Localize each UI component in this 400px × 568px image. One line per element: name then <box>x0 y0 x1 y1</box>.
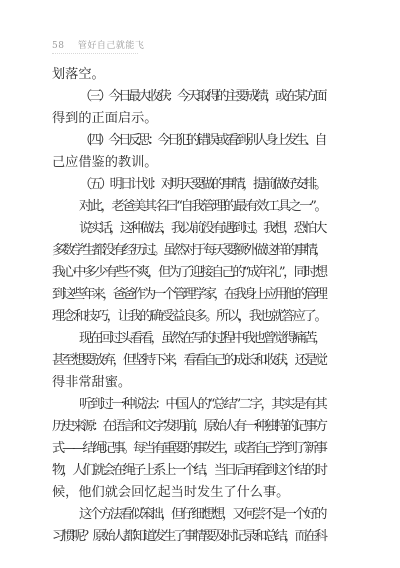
text-line: 己应借鉴的教训。 <box>52 152 328 174</box>
text-line: （三）今日最大收获：今天取得的主要成绩，或在某方面 <box>52 86 328 108</box>
text-line: 习惯呢？原始人都知道发生了事情要及时记录和总结，而在科 <box>52 526 328 548</box>
text-line: 甚至想要放弃，但坚持下来，看看自己的成长和收获，还是觉 <box>52 350 328 372</box>
text-line: 候，他们就会回忆起当时发生了什么事。 <box>52 482 328 504</box>
text-line: 到这些年来，爸爸作为一个管理学家，在我身上应用他的管理 <box>52 284 328 306</box>
text-line: 说实话，这种做法，我以前没有遇到过。我想，恐怕大 <box>52 218 328 240</box>
text-line: 我心中多少有些不爽，但为了迎接自己的“成年礼”，同时想 <box>52 262 328 284</box>
text-line: （四）今日反思：今日犯的错误或看到别人身上发生、自 <box>52 130 328 152</box>
text-line: 对此，老爸美其名曰“自我管理的最有效工具之一”。 <box>52 196 328 218</box>
header-divider <box>52 53 138 54</box>
text-line: 这个方法看似笨拙，但仔细想想，又何尝不是一个好的 <box>52 504 328 526</box>
page-body-text: 划落空。（三）今日最大收获：今天取得的主要成绩，或在某方面得到的正面启示。（四）… <box>52 64 328 548</box>
text-line: 划落空。 <box>52 64 328 86</box>
text-line: 理念和技巧，让我的确受益良多。所以，我也就答应了。 <box>52 306 328 328</box>
book-title: 管好自己就能飞 <box>78 41 145 51</box>
text-line: 式——结绳记事。每当有重要的事发生，或者自己学到了新事 <box>52 438 328 460</box>
text-line: 听到过一种说法：中国人的“总结”二字，其实是有其 <box>52 394 328 416</box>
text-line: 历史来源：在语言和文字发明前，原始人有一种独特的记事方 <box>52 416 328 438</box>
text-line: 得到的正面启示。 <box>52 108 328 130</box>
text-line: 物，人们就会在绳子上系上一个结，当日后再看到这个结的时 <box>52 460 328 482</box>
text-line: （五）明日计划：对明天要做的事情，提前做好安排。 <box>52 174 328 196</box>
page-number: 58 <box>52 41 64 51</box>
text-line: 现在回过头看看，虽然在写的过程中我也曾觉得痛苦， <box>52 328 328 350</box>
running-header: 58 管好自己就能飞 <box>52 38 144 51</box>
text-line: 多数学生都没有经历过。虽然对于每天要额外做这样的事情， <box>52 240 328 262</box>
text-line: 得非常甜蜜。 <box>52 372 328 394</box>
